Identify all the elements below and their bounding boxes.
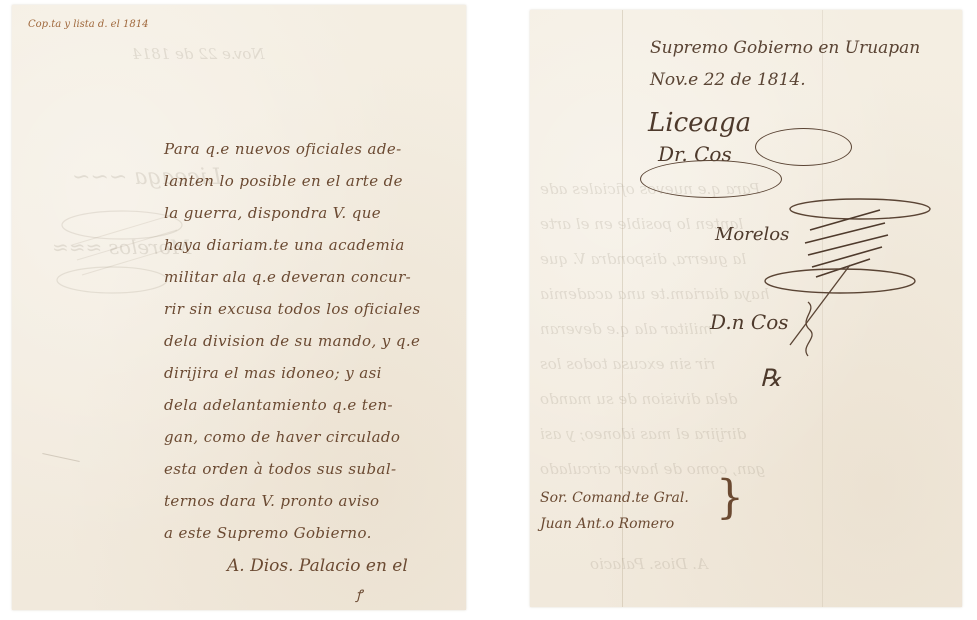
body-line: dirijira el mas idoneo; y asi <box>164 357 464 389</box>
ink-mark <box>42 453 79 462</box>
body-line: Para q.e nuevos oficiales ade- <box>164 133 464 165</box>
bleed-through-text: rir sin excusa todos los <box>540 355 715 373</box>
addressee-brace: } <box>716 475 744 521</box>
addressee-line: Juan Ant.o Romero <box>540 516 674 532</box>
body-line: haya diariam.te una academia <box>164 229 464 261</box>
signature-tail-icon <box>788 300 828 380</box>
bleed-through-text: dela division de su mando <box>540 390 737 408</box>
body-line: la guerra, dispondra V. que <box>164 197 464 229</box>
heading-date: Nov.e 22 de 1814. <box>650 70 806 90</box>
letter-body: Para q.e nuevos oficiales ade- lanten lo… <box>164 133 464 549</box>
signature-dn-cos: D.n Cos <box>710 310 789 334</box>
bleed-through-text: Nov.e 22 de 1814 <box>132 45 265 63</box>
addressee-line: Sor. Comand.te Gral. <box>540 490 689 506</box>
manuscript-page-left: Nov.e 22 de 1814 Liceaga ~~~ Morelos ≈≈≈… <box>12 5 466 610</box>
body-line: ternos dara V. pronto aviso <box>164 485 464 517</box>
body-line: esta orden à todos sus subal- <box>164 453 464 485</box>
corner-note: Cop.ta y lista d. el 1814 <box>28 19 148 30</box>
signature-liceaga: Liceaga <box>648 108 751 138</box>
body-line: a este Supremo Gobierno. <box>164 517 464 549</box>
bleed-through-text: militar ala q.e deveran <box>540 320 713 338</box>
body-line: lanten lo posible en el arte de <box>164 165 464 197</box>
closing-line: A. Dios. Palacio en el <box>227 556 408 576</box>
bleed-through-text: dirijira el mas idoneo; y asi <box>540 425 746 443</box>
signature-rubric-icon <box>770 195 930 315</box>
bleed-through-text: A. Dios. Palacio <box>590 555 708 573</box>
body-line: dela adelantamiento q.e ten- <box>164 389 464 421</box>
body-line: gan, como de haver circulado <box>164 421 464 453</box>
manuscript-page-right: Para q.e nuevos oficiales ade lanten lo … <box>530 10 962 607</box>
bleed-through-text: lanten lo posible en el arte <box>540 215 743 233</box>
signature-flourish <box>755 128 852 166</box>
heading-line: Supremo Gobierno en Uruapan <box>650 38 920 58</box>
body-line: militar ala q.e deveran concur- <box>164 261 464 293</box>
body-line: dela division de su mando, y q.e <box>164 325 464 357</box>
closing-mark: ꝭ <box>356 585 362 603</box>
bleed-through-text: haya diariam.te una academia <box>540 285 769 303</box>
body-line: rir sin excusa todos los oficiales <box>164 293 464 325</box>
signature-mark: ℞ <box>760 364 782 392</box>
signature-flourish <box>640 160 782 198</box>
bleed-through-text: la guerra, dispondra V. que <box>540 250 746 268</box>
